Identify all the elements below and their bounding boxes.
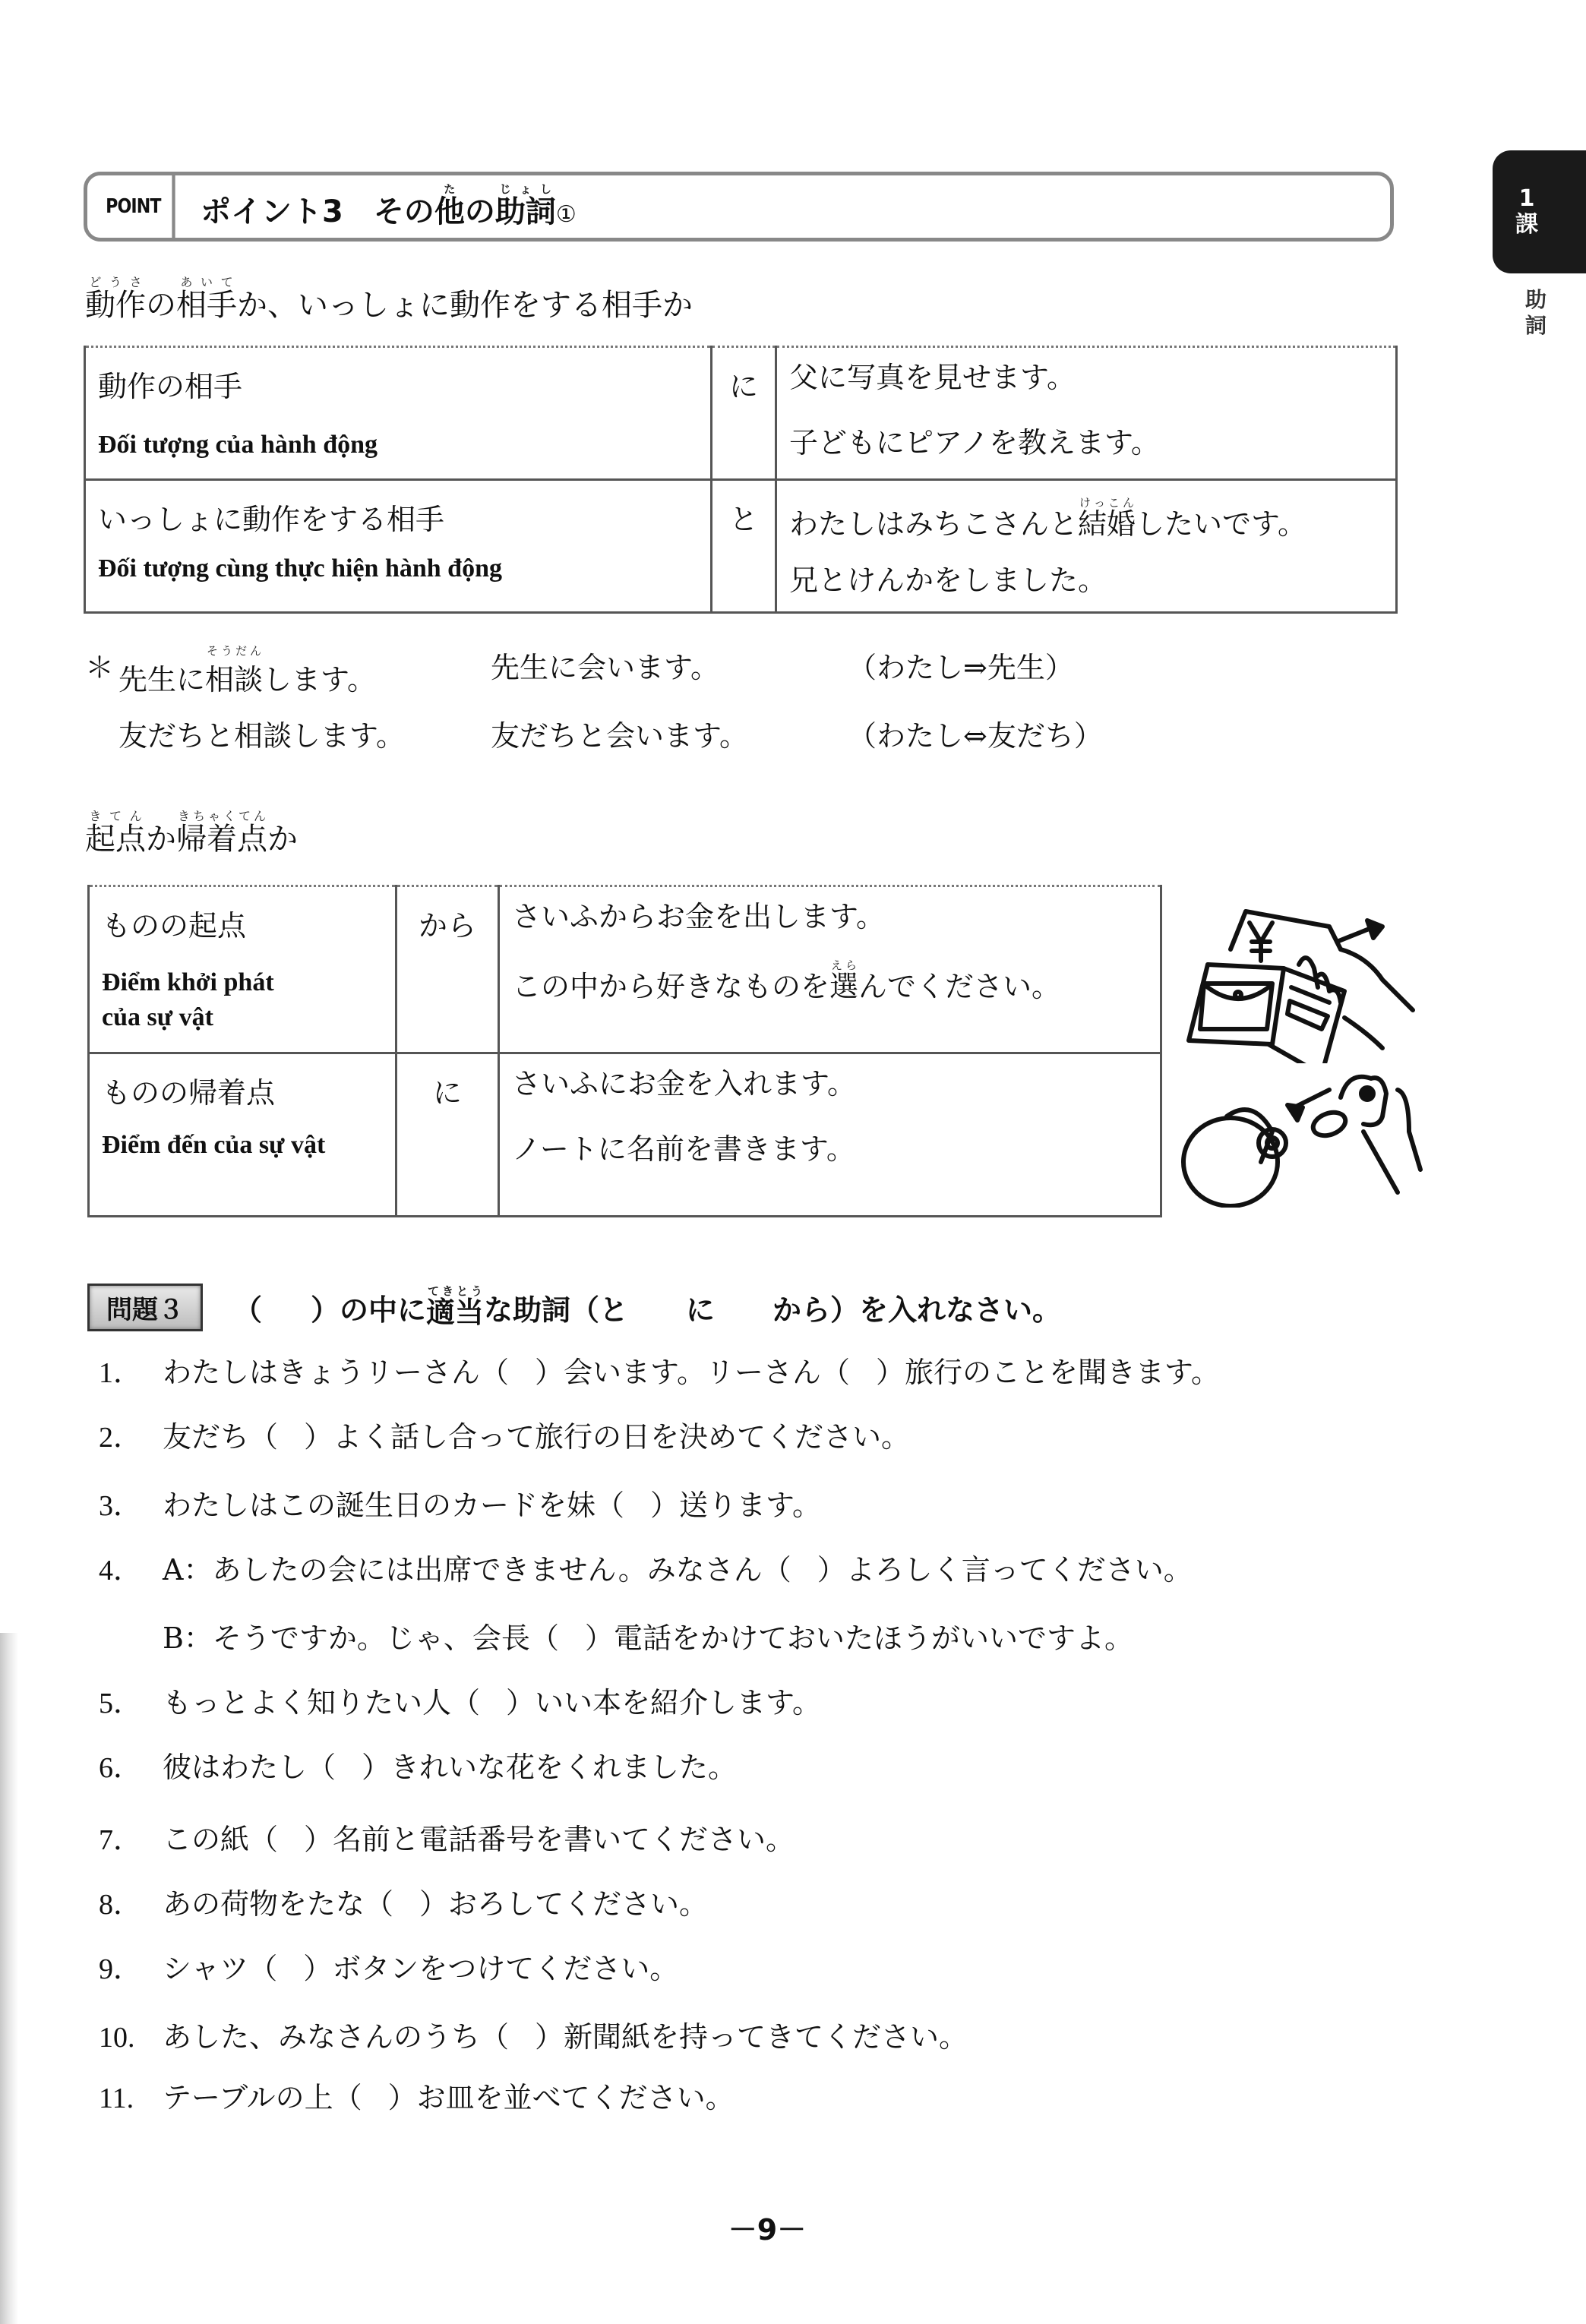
item-text: あの荷物をたな <box>163 1887 365 1921</box>
chapter-number: 1 <box>1519 186 1535 213</box>
furigana: きてん <box>85 809 146 823</box>
item-number: 11. <box>99 2084 163 2113</box>
furigana: けっこん <box>1078 496 1136 510</box>
note-text: 先生に <box>118 656 205 698</box>
ruby-word: 動作どうさ <box>85 288 146 323</box>
answer-blank[interactable] <box>249 1825 333 1854</box>
note-col3: （わたし⇔友だち） <box>848 712 1103 754</box>
answer-blank[interactable] <box>530 1624 614 1653</box>
item-text: 友だち <box>163 1420 249 1454</box>
answer-blank[interactable] <box>480 2022 564 2051</box>
item-text: おろしてください。 <box>448 1887 708 1921</box>
item-text: もっとよく知りたい人 <box>163 1686 451 1719</box>
note-line: ＊ 先生に相談そうだんします。 先生に会います。 （わたし⇒先生） <box>85 644 1074 698</box>
example-kanji: 結婚 <box>1078 507 1136 541</box>
title-text: 相手 <box>176 288 237 323</box>
examples-cell: 父に写真を見せます。 子どもにピアノを教えます。 <box>776 347 1397 480</box>
usage-vi: Đối tượng của hành động <box>98 428 698 463</box>
table-row: ものの起点 Điểm khởi phát của sự vật から さいふから… <box>89 886 1161 1053</box>
item-text: きれいな花をくれました。 <box>390 1751 737 1784</box>
ruby-word: 起点きてん <box>85 822 146 857</box>
usage-jp: いっしょに動作をする相手 <box>98 496 698 538</box>
example-sentence: 兄とけんかをしました。 <box>789 566 1383 595</box>
item-number: 8． <box>99 1890 163 1919</box>
asterisk-mark: ＊ <box>85 644 118 698</box>
item-number: 1． <box>99 1359 163 1388</box>
item-text: 会います。リーさん <box>564 1356 821 1389</box>
ruby-word: 相手あいて <box>176 288 237 323</box>
exercise-item-10: 10.あした、みなさんのうち新聞紙を持ってきてください。 <box>99 2022 968 2052</box>
example-text: したいです。 <box>1136 507 1306 541</box>
chapter-tab: 1 課 <box>1493 150 1586 273</box>
title-text: 起点 <box>85 822 146 857</box>
item-text: 旅行のことを聞きます。 <box>905 1356 1220 1389</box>
item-number: 4． <box>99 1556 163 1585</box>
table-row: ものの帰着点 Điểm đến của sự vật に さいふにお金を入れます… <box>89 1053 1161 1217</box>
item-text: いい本を紹介します。 <box>535 1686 821 1719</box>
usage-jp: 動作の相手 <box>98 363 698 405</box>
item-text: この紙 <box>163 1823 249 1856</box>
instruction-kanji: 適当 <box>426 1296 484 1329</box>
usage-vi: Điểm đến của sự vật <box>102 1128 383 1163</box>
note-col2: 友だちと会います。 <box>491 712 848 754</box>
chapter-topic-label: 助 詞 <box>1521 287 1551 338</box>
note-col1: 先生に相談そうだんします。 <box>118 644 491 698</box>
answer-blank[interactable] <box>451 1688 535 1717</box>
subtitle-text: の <box>465 194 495 229</box>
answer-blank[interactable] <box>365 1890 448 1918</box>
instruction-text: の中に <box>340 1287 426 1328</box>
title-text: か <box>146 822 176 857</box>
note-col3: （わたし⇒先生） <box>848 644 1074 698</box>
example-sentence: さいふからお金を出します。 <box>512 902 1148 931</box>
exercise-item-7: 7．この紙名前と電話番号を書いてください。 <box>99 1825 795 1855</box>
example-sentence: この中から好きなものを選えらんでください。 <box>512 958 1148 1001</box>
example-sentence: 父に写真を見せます。 <box>789 363 1383 392</box>
note-indent <box>85 712 118 754</box>
item-text: 彼はわたし <box>163 1751 307 1784</box>
particle-cell: に <box>712 347 776 480</box>
subtitle-kanji: 他 <box>434 194 465 229</box>
section2-title: 起点きてんか帰着点きちゃくてんか <box>85 809 298 854</box>
chapter-topic-char: 助 <box>1521 287 1551 313</box>
ruby-word: 選えら <box>829 970 858 1003</box>
particle-table-origin: ものの起点 Điểm khởi phát của sự vật から さいふから… <box>87 885 1162 1217</box>
example-sentence: 子どもにピアノを教えます。 <box>789 428 1383 457</box>
title-text: か <box>267 822 298 857</box>
exercise-item-6: 6．彼はわたしきれいな花をくれました。 <box>99 1753 737 1782</box>
exercise-item-4b: B：そうですか。じゃ、会長電話をかけておいたほうがいいですよ。 <box>99 1624 1133 1653</box>
furigana: じょし <box>495 182 556 196</box>
example-sentence: わたしはみちこさんと結婚けっこんしたいです。 <box>789 496 1383 538</box>
item-text: テーブルの上 <box>163 2081 333 2114</box>
title-text: 動作 <box>85 288 146 323</box>
item-number: 10. <box>99 2023 163 2052</box>
subtitle-number: ① <box>556 201 577 228</box>
example-text: わたしはみちこさんと <box>789 507 1078 541</box>
exercise-item-3: 3．わたしはこの誕生日のカードを妹送ります。 <box>99 1491 821 1520</box>
furigana: えら <box>829 958 858 972</box>
table-row: いっしょに動作をする相手 Đối tượng cùng thực hiện hà… <box>85 480 1397 613</box>
example-sentence: さいふにお金を入れます。 <box>512 1069 1148 1098</box>
exercise-item-5: 5．もっとよく知りたい人いい本を紹介します。 <box>99 1688 821 1718</box>
ruby-word: 適当てきとう <box>426 1284 484 1331</box>
furigana: きちゃくてん <box>176 809 267 823</box>
coin-purse-illustration <box>1177 1063 1428 1208</box>
exercise-item-1: 1．わたしはきょうリーさん会います。リーさん旅行のことを聞きます。 <box>99 1358 1220 1388</box>
title-text: か、いっしょに動作をする相手か <box>237 288 693 323</box>
table-row: 動作の相手 Đối tượng của hành động に 父に写真を見せま… <box>85 347 1397 480</box>
note-col1: 友だちと相談します。 <box>118 712 491 754</box>
page-number: －9－ <box>714 2206 820 2248</box>
ruby-word: 帰着点きちゃくてん <box>176 822 267 857</box>
item-number: 5． <box>99 1689 163 1718</box>
subtitle-kanji: 助詞 <box>495 194 556 229</box>
answer-blank[interactable] <box>596 1491 679 1520</box>
point-tag: POINT <box>94 175 175 238</box>
item-number: 7． <box>99 1826 163 1855</box>
item-text: あした、みなさんのうち <box>163 2020 480 2054</box>
item-text: よく話し合って旅行の日を決めてください。 <box>333 1420 910 1454</box>
note-col2: 先生に会います。 <box>491 644 848 698</box>
item-number: 6． <box>99 1754 163 1782</box>
particle-cell: と <box>712 480 776 613</box>
blank-parentheses <box>233 1287 340 1328</box>
answer-blank[interactable] <box>480 1358 564 1387</box>
subtitle-text: その <box>374 194 434 229</box>
exercise-item-11: 11.テーブルの上お皿を並べてください。 <box>99 2083 735 2113</box>
answer-blank[interactable] <box>821 1358 905 1387</box>
particle-cell: から <box>396 886 499 1053</box>
exercise-header: 問題３ の中に 適当てきとう な助詞（と に から）を入れなさい。 <box>87 1284 1061 1331</box>
title-text: の <box>146 288 176 323</box>
answer-blank[interactable] <box>333 2083 417 2112</box>
item-text: 送ります。 <box>679 1489 821 1522</box>
answer-blank[interactable] <box>763 1555 846 1584</box>
example-text: んでください。 <box>858 970 1060 1003</box>
usage-cell: ものの帰着点 Điểm đến của sự vật <box>89 1053 396 1217</box>
item-text: よろしく言ってください。 <box>846 1553 1193 1587</box>
point-header: POINT ポイント3 その他たの助詞じょし① <box>84 172 1394 242</box>
section1-title: 動作どうさの相手あいてか、いっしょに動作をする相手か <box>85 275 693 320</box>
exercise-item-8: 8．あの荷物をたなおろしてください。 <box>99 1890 708 1919</box>
item-text: 新聞紙を持ってきてください。 <box>564 2020 968 2054</box>
example-kanji: 選 <box>829 970 858 1003</box>
furigana: そうだん <box>205 644 263 658</box>
item-text: ボタンをつけてください。 <box>332 1952 678 1985</box>
exercise-badge: 問題３ <box>87 1284 203 1331</box>
usage-jp: ものの帰着点 <box>102 1069 383 1111</box>
instruction-text: な助詞（と に から）を入れなさい。 <box>484 1287 1061 1328</box>
item-text: 名前と電話番号を書いてください。 <box>333 1823 795 1856</box>
usage-cell: ものの起点 Điểm khởi phát của sự vật <box>89 886 396 1053</box>
item-text: わたしはこの誕生日のカードを妹 <box>163 1489 596 1522</box>
particle-cell: に <box>396 1053 499 1217</box>
answer-blank[interactable] <box>307 1753 390 1782</box>
usage-cell: 動作の相手 Đối tượng của hành động <box>85 347 712 480</box>
item-text: お皿を並べてください。 <box>417 2081 735 2114</box>
usage-jp: ものの起点 <box>102 902 383 944</box>
chapter-topic-char: 詞 <box>1521 313 1551 339</box>
examples-cell: さいふからお金を出します。 この中から好きなものを選えらんでください。 <box>499 886 1161 1053</box>
item-text: 電話をかけておいたほうがいいですよ。 <box>614 1621 1133 1655</box>
chapter-unit: 課 <box>1515 212 1538 238</box>
point-subtitle: その他たの助詞じょし① <box>374 182 577 231</box>
item-text: A：あしたの会には出席できません。みなさん <box>163 1553 763 1587</box>
title-text: 帰着点 <box>176 822 267 857</box>
usage-cell: いっしょに動作をする相手 Đối tượng cùng thực hiện hà… <box>85 480 712 613</box>
examples-cell: さいふにお金を入れます。 ノートに名前を書きます。 <box>499 1053 1161 1217</box>
ruby-word: 他た <box>434 194 465 229</box>
item-number: 9． <box>99 1955 163 1984</box>
usage-vi: của sự vật <box>102 1000 383 1035</box>
item-number: 3． <box>99 1492 163 1520</box>
note-text: します。 <box>263 656 376 698</box>
ruby-word: 相談そうだん <box>205 663 263 696</box>
ruby-word: 助詞じょし <box>495 194 556 229</box>
example-text: この中から好きなものを <box>512 970 829 1003</box>
item-text: B：そうですか。じゃ、会長 <box>163 1621 530 1655</box>
exercise-item-4a: 4．A：あしたの会には出席できません。みなさんよろしく言ってください。 <box>99 1555 1193 1585</box>
item-text: わたしはきょうリーさん <box>163 1356 480 1389</box>
note-line: 友だちと相談します。 友だちと会います。 （わたし⇔友だち） <box>85 712 1103 754</box>
page-binding-shadow <box>0 1633 18 2324</box>
furigana: た <box>434 182 465 196</box>
furigana: あいて <box>176 275 237 289</box>
exercise-item-2: 2．友だちよく話し合って旅行の日を決めてください。 <box>99 1423 910 1452</box>
examples-cell: わたしはみちこさんと結婚けっこんしたいです。 兄とけんかをしました。 <box>776 480 1397 613</box>
point-number: ポイント3 <box>201 188 343 231</box>
furigana: てきとう <box>426 1284 484 1298</box>
answer-blank[interactable] <box>248 1954 332 1983</box>
point-title: ポイント3 その他たの助詞じょし① <box>201 182 577 231</box>
note-kanji: 相談 <box>205 656 263 698</box>
particle-table-partner: 動作の相手 Đối tượng của hành động に 父に写真を見せま… <box>84 346 1398 614</box>
furigana: どうさ <box>85 275 146 289</box>
item-text: シャツ <box>163 1952 248 1985</box>
usage-vi: Điểm khởi phát <box>102 965 383 1000</box>
usage-vi: Đối tượng cùng thực hiện hành động <box>98 551 698 586</box>
ruby-word: 結婚けっこん <box>1078 507 1136 541</box>
answer-blank[interactable] <box>249 1423 333 1451</box>
wallet-bill-illustration <box>1177 896 1428 1063</box>
exercise-item-9: 9．シャツボタンをつけてください。 <box>99 1954 678 1984</box>
example-sentence: ノートに名前を書きます。 <box>512 1135 1148 1164</box>
item-number: 2． <box>99 1423 163 1452</box>
